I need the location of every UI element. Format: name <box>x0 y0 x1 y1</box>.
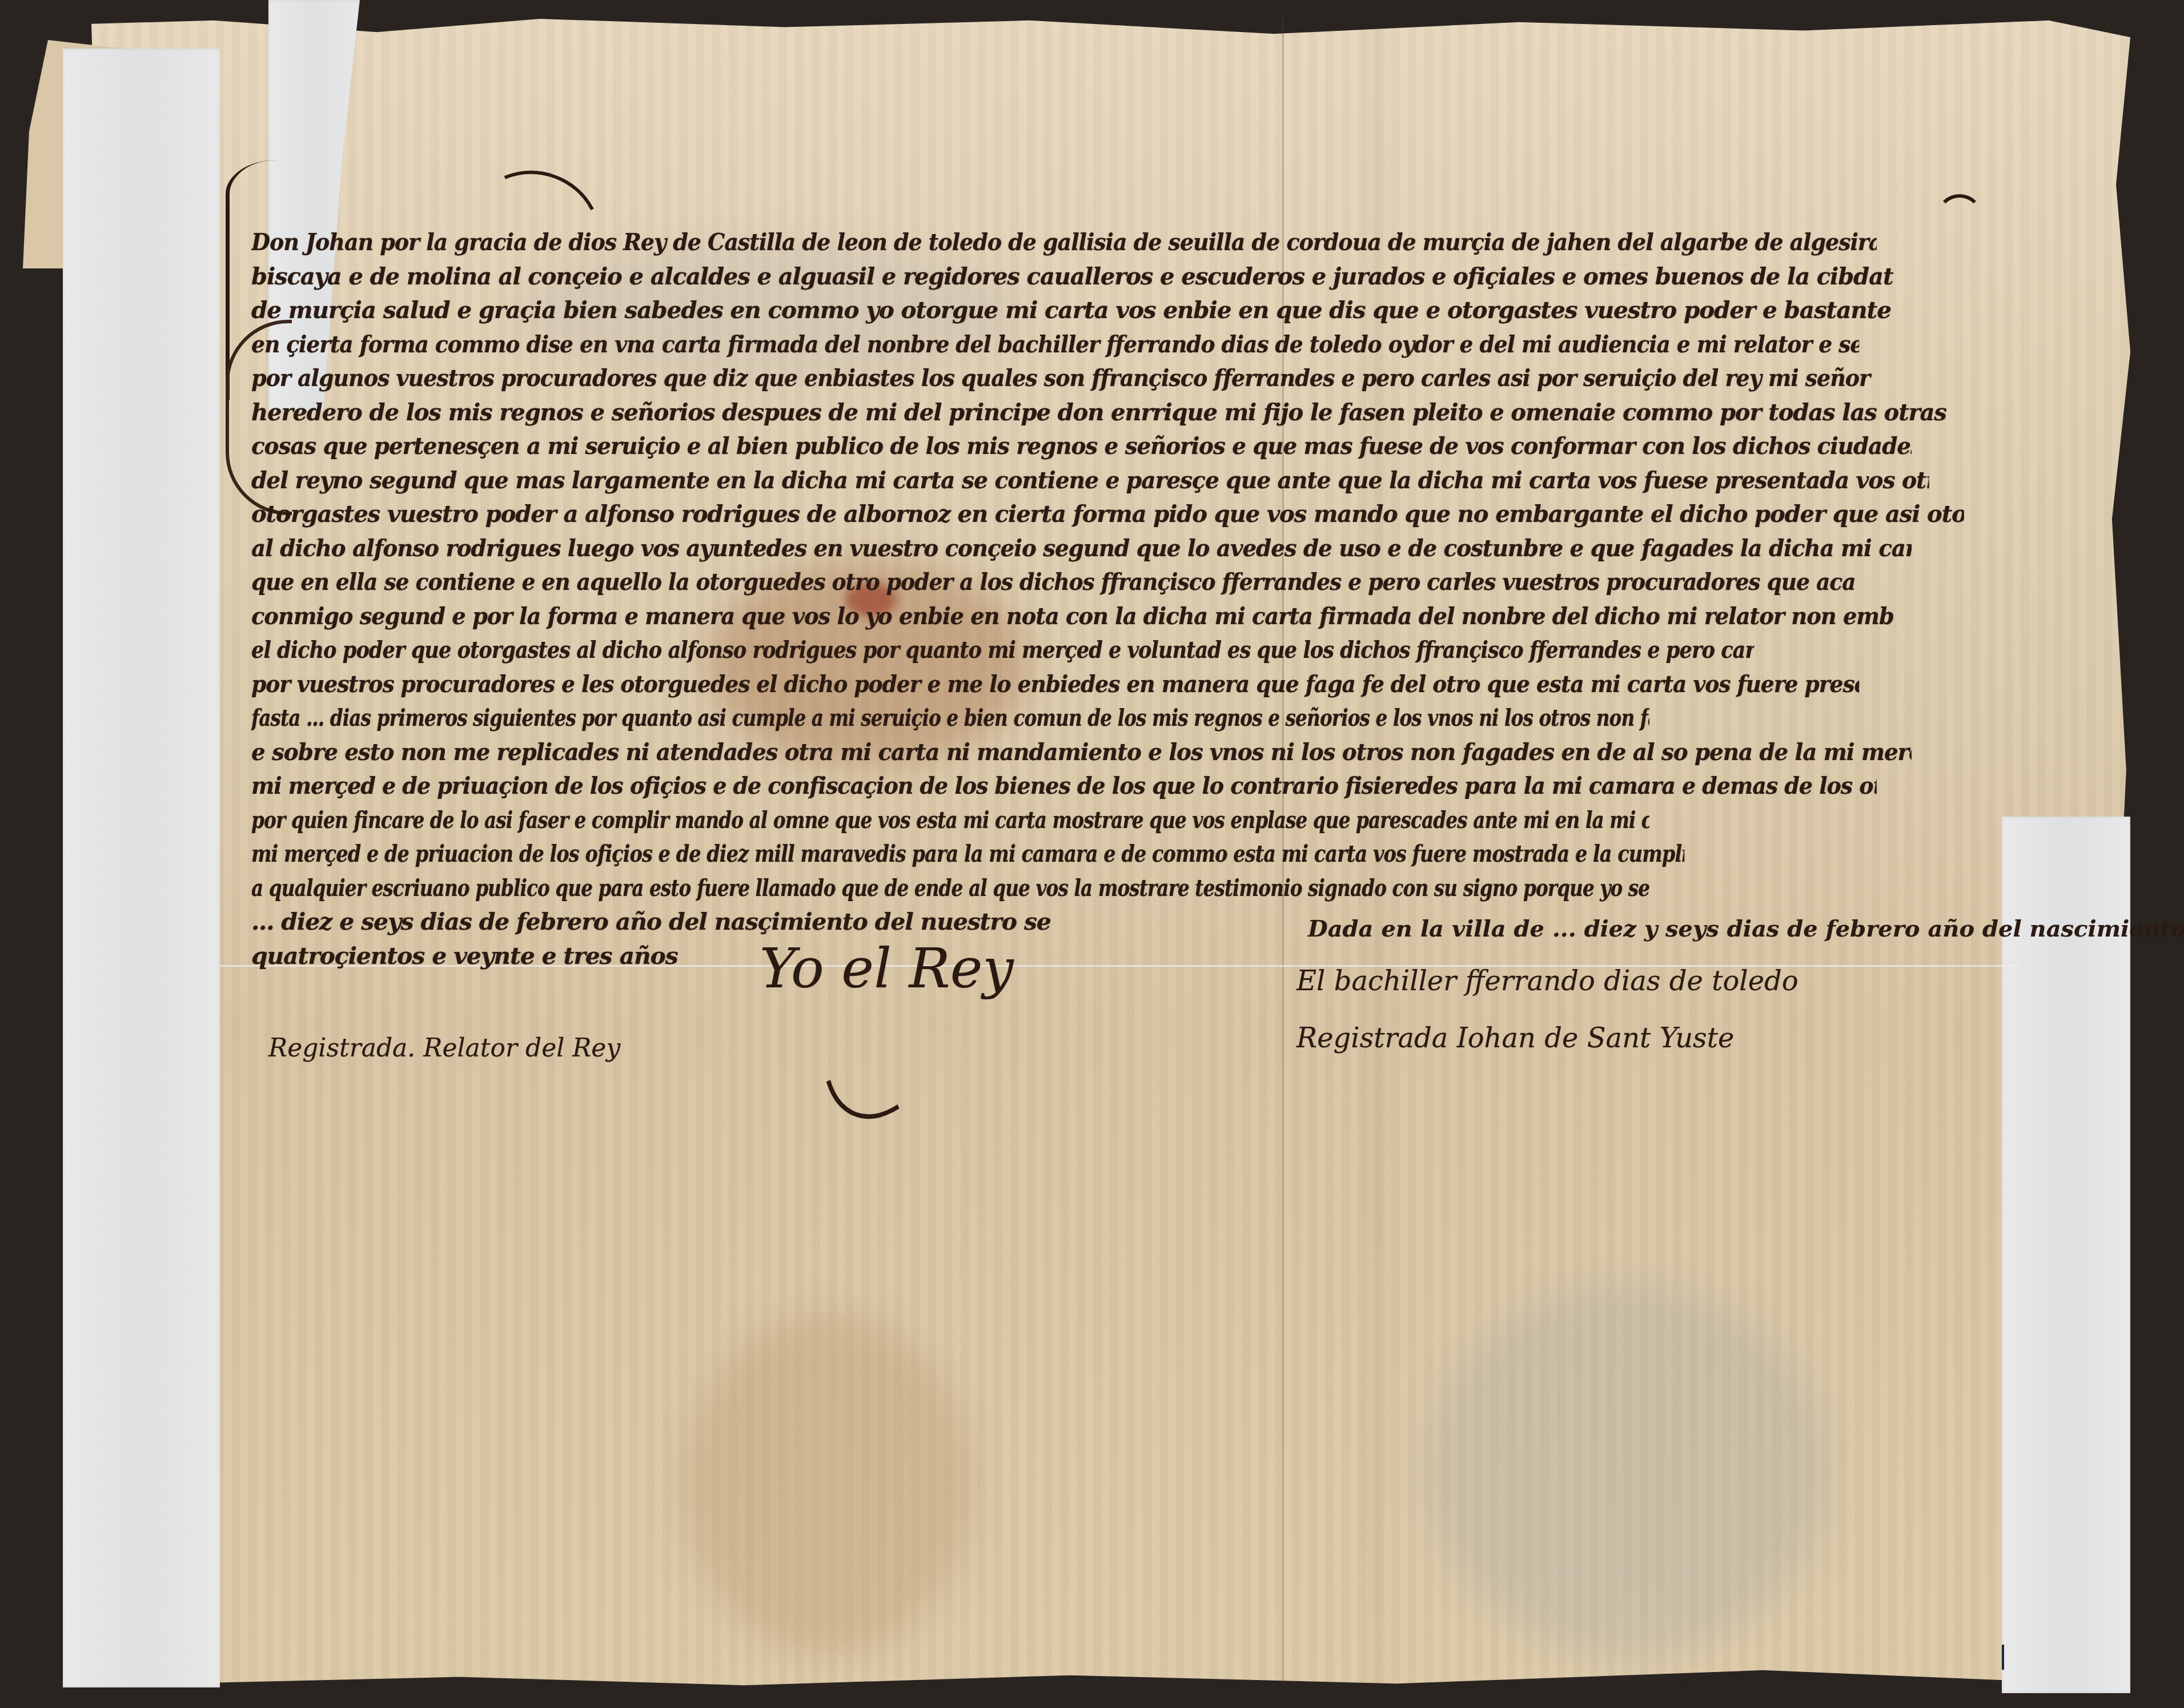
text-line: otorgastes vuestro poder a alfonso rodri… <box>251 497 1964 532</box>
text-line: heredero de los mis regnos e señorios de… <box>251 396 1964 430</box>
text-line: biscaya e de molina al conçeio e alcalde… <box>251 260 1964 294</box>
text-line: por quien fincare de lo asi faser e comp… <box>251 803 1649 838</box>
text-line: mi merçed e de priuacion de los ofiçios … <box>251 837 1684 871</box>
text-line: Don Johan por la gracia de dios Rey de C… <box>251 226 1877 260</box>
subscription-right-1: El bachiller fferrando dias de toledo <box>1296 965 1798 997</box>
text-line: conmigo segund e por la forma e manera q… <box>251 600 1894 634</box>
text-line: por algunos vuestros procuradores que di… <box>251 361 1877 396</box>
text-line: en çierta forma commo dise en vna carta … <box>251 328 1859 362</box>
letter-body: Don Johan por la gracia de dios Rey de C… <box>251 226 1999 973</box>
grey-stain <box>1428 1285 1828 1656</box>
text-line: el dicho poder que otorgastes al dicho a… <box>251 633 1755 668</box>
right-tissue-repair <box>2002 817 2130 1693</box>
text-line: cosas que pertenesçen a mi seruiçio e al… <box>251 429 1912 464</box>
text-line: a qualquier escriuano publico que para e… <box>251 871 1649 906</box>
foxing-stain <box>685 1313 971 1656</box>
text-line: mi merçed e de priuaçion de los ofiçios … <box>251 769 1877 803</box>
left-tissue-repair <box>63 49 220 1687</box>
text-line: que en ella se contiene e en aquello la … <box>251 565 1859 600</box>
text-line: de murçia salud e graçia bien sabedes en… <box>251 294 1981 328</box>
scale-mark <box>2002 1645 2004 1670</box>
text-line: al dicho alfonso rodrigues luego vos ayu… <box>251 532 1912 566</box>
date-continuation: Dada en la villa de ... diez y seys dias… <box>1308 915 2184 942</box>
text-line: del reyno segund que mas largamente en l… <box>251 464 1929 498</box>
subscription-right-2: Registrada Iohan de Sant Yuste <box>1296 1022 1734 1054</box>
text-line: quatroçientos e veynte e tres años <box>251 939 742 974</box>
text-line: fasta ... dias primeros siguientes por q… <box>251 701 1649 736</box>
text-line: por vuestros procuradores e les otorgued… <box>251 668 1859 702</box>
text-line: e sobre esto non me replicades ni atenda… <box>251 736 1912 770</box>
subscription-left: Registrada. Relator del Rey <box>268 1034 620 1063</box>
